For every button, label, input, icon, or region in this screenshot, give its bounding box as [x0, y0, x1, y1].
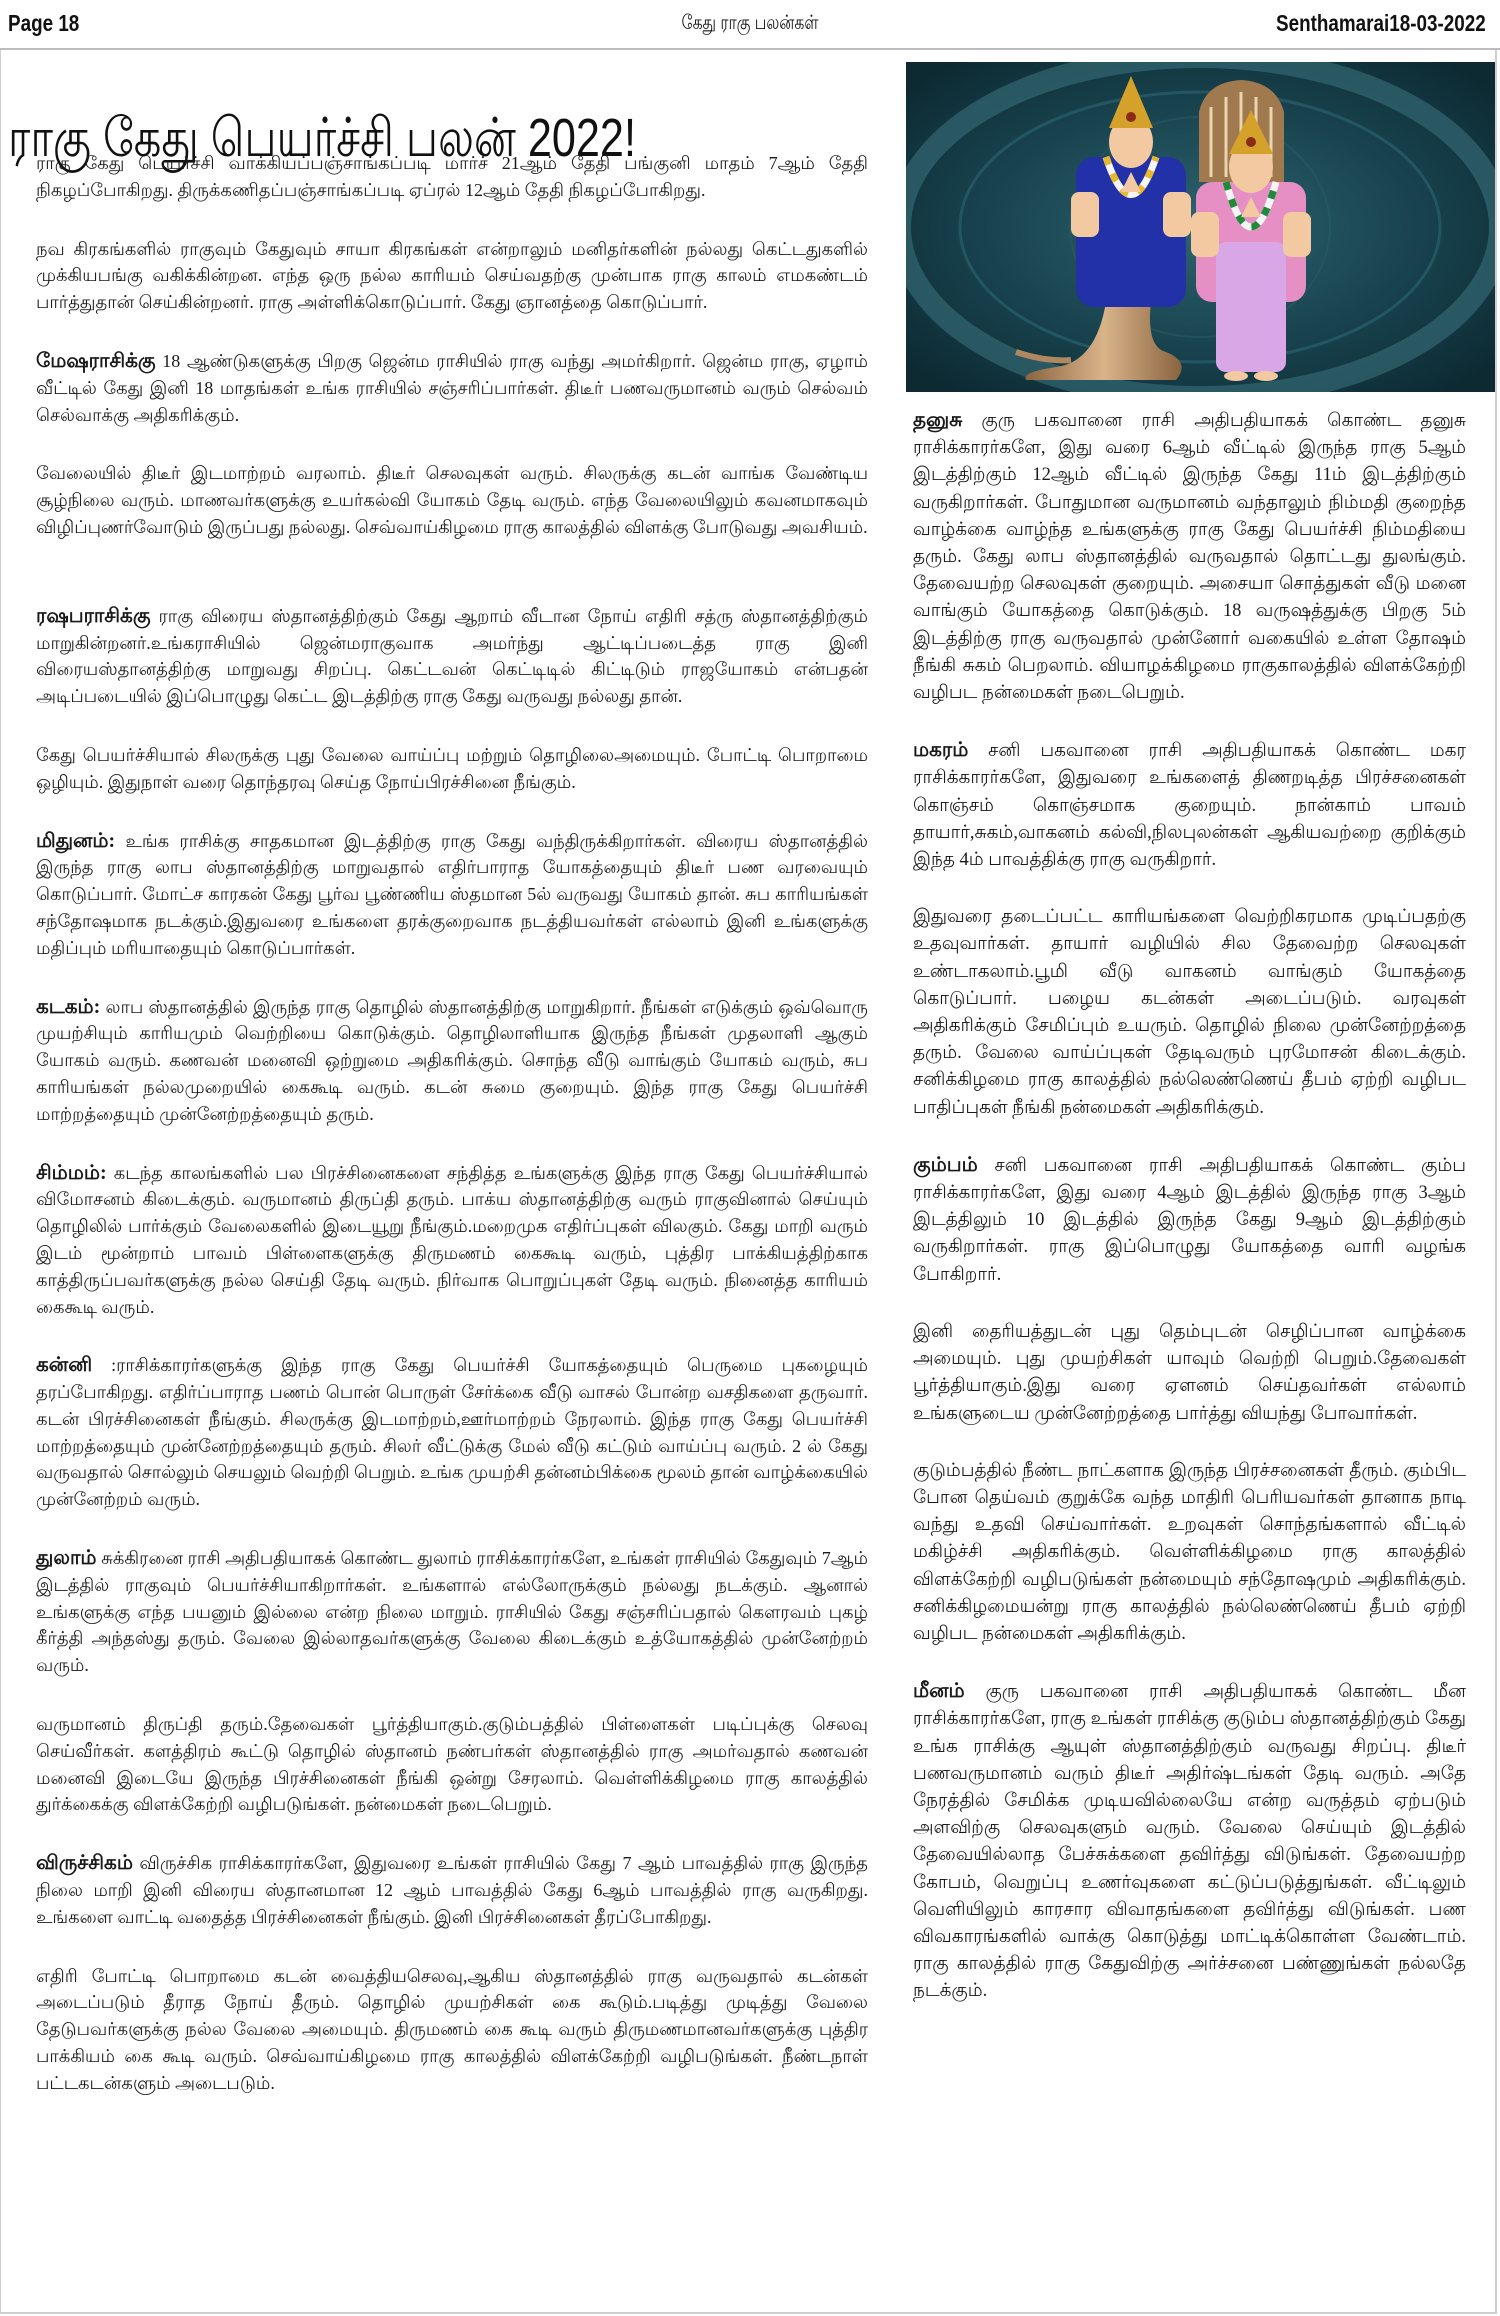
rishabam-paragraph-2: கேது பெயர்ச்சியால் சிலருக்கு புது வேலை வ… — [36, 742, 868, 796]
kumbam-paragraph-3: குடும்பத்தில் நீண்ட நாட்களாக இருந்த பிரச… — [913, 1458, 1466, 1648]
rishabam-paragraph: ரஷபராசிக்கு ராகு விரைய ஸ்தானத்திற்கும் க… — [36, 603, 868, 710]
viruchigam-paragraph-2: எதிரி போட்டி பொறாமை கடன் வைத்தியசெலவு,ஆக… — [36, 1963, 868, 2097]
rasi-heading-meenam: மீனம் — [913, 1680, 965, 1702]
rasi-heading-kumbam: கும்பம் — [913, 1154, 978, 1176]
rasi-heading-kadagam: கடகம்: — [36, 996, 100, 1018]
rasi-heading-dhanusu: தனுசு — [913, 409, 962, 431]
rasi-heading-thulam: துலாம் — [36, 1547, 97, 1569]
rahu-ketu-illustration-icon — [906, 62, 1495, 392]
kadagam-paragraph: கடகம்: லாப ஸ்தானத்தில் இருந்த ராகு தொழில… — [36, 994, 868, 1128]
mesham-paragraph-2: வேலையில் திடீர் இடமாற்றம் வரலாம். திடீர்… — [36, 460, 868, 540]
rasi-heading-kanni: கன்னி — [36, 1354, 92, 1376]
rasi-heading-magaram: மகரம் — [913, 739, 968, 761]
thulam-paragraph: துலாம் சுக்கிரனை ராசி அதிபதியாகக் கொண்ட … — [36, 1545, 868, 1679]
left-column: ராகு கேது பெயர்ச்சி வாக்கியப்பஞ்சாங்கப்ப… — [36, 150, 868, 2129]
kumbam-paragraph: கும்பம் சனி பகவானை ராசி அதிபதியாகக் கொண்… — [913, 1152, 1466, 1289]
magaram-paragraph: மகரம் சனி பகவானை ராசி அதிபதியாகக் கொண்ட … — [913, 737, 1466, 874]
dhanusu-paragraph: தனுசு குரு பகவானை ராசி அதிபதியாகக் கொண்ட… — [913, 407, 1466, 707]
thulam-paragraph-2: வருமானம் திருப்தி தரும்.தேவைகள் பூர்த்தி… — [36, 1711, 868, 1818]
intro-paragraph: ராகு கேது பெயர்ச்சி வாக்கியப்பஞ்சாங்கப்ப… — [36, 150, 868, 204]
rasi-heading-viruchigam: விருச்சிகம் — [36, 1852, 133, 1874]
rasi-heading-rishabam: ரஷபராசிக்கு — [36, 605, 151, 627]
right-column: தனுசு குரு பகவானை ராசி அதிபதியாகக் கொண்ட… — [913, 407, 1466, 2036]
intro-paragraph: நவ கிரகங்களில் ராகுவும் கேதுவும் சாயா கி… — [36, 236, 868, 316]
page-header: Page 18 கேது ராகு பலன்கள் Senthamarai18-… — [0, 0, 1500, 50]
mithunam-paragraph: மிதுனம்: உங்க ராசிக்கு சாதகமான இடத்திற்க… — [36, 828, 868, 962]
rasi-heading-mithunam: மிதுனம்: — [36, 830, 115, 852]
rasi-heading-mesham: மேஷராசிக்கு — [36, 350, 156, 372]
rasi-heading-simmam: சிம்மம்: — [36, 1162, 107, 1184]
magaram-paragraph-2: இதுவரை தடைப்பட்ட காரியங்களை வெற்றிகரமாக … — [913, 904, 1466, 1122]
kumbam-paragraph-2: இனி தைரியத்துடன் புது தெம்புடன் செழிப்பா… — [913, 1319, 1466, 1428]
kanni-paragraph: கன்னி :ராசிக்காரர்களுக்கு இந்த ராகு கேது… — [36, 1352, 868, 1513]
section-title: கேது ராகு பலன்கள் — [664, 8, 836, 38]
simmam-paragraph: சிம்மம்: கடந்த காலங்களில் பல பிரச்சினைகள… — [36, 1160, 868, 1321]
masthead-date: Senthamarai18-03-2022 — [1276, 8, 1486, 38]
page-number: Page 18 — [8, 8, 79, 38]
viruchigam-paragraph: விருச்சிகம் விருச்சிக ராசிக்காரர்களே, இத… — [36, 1850, 868, 1930]
mesham-paragraph: மேஷராசிக்கு 18 ஆண்டுகளுக்கு பிறகு ஜென்ம … — [36, 348, 868, 428]
meenam-paragraph: மீனம் குரு பகவானை ராசி அதிபதியாகக் கொண்ட… — [913, 1678, 1466, 2005]
